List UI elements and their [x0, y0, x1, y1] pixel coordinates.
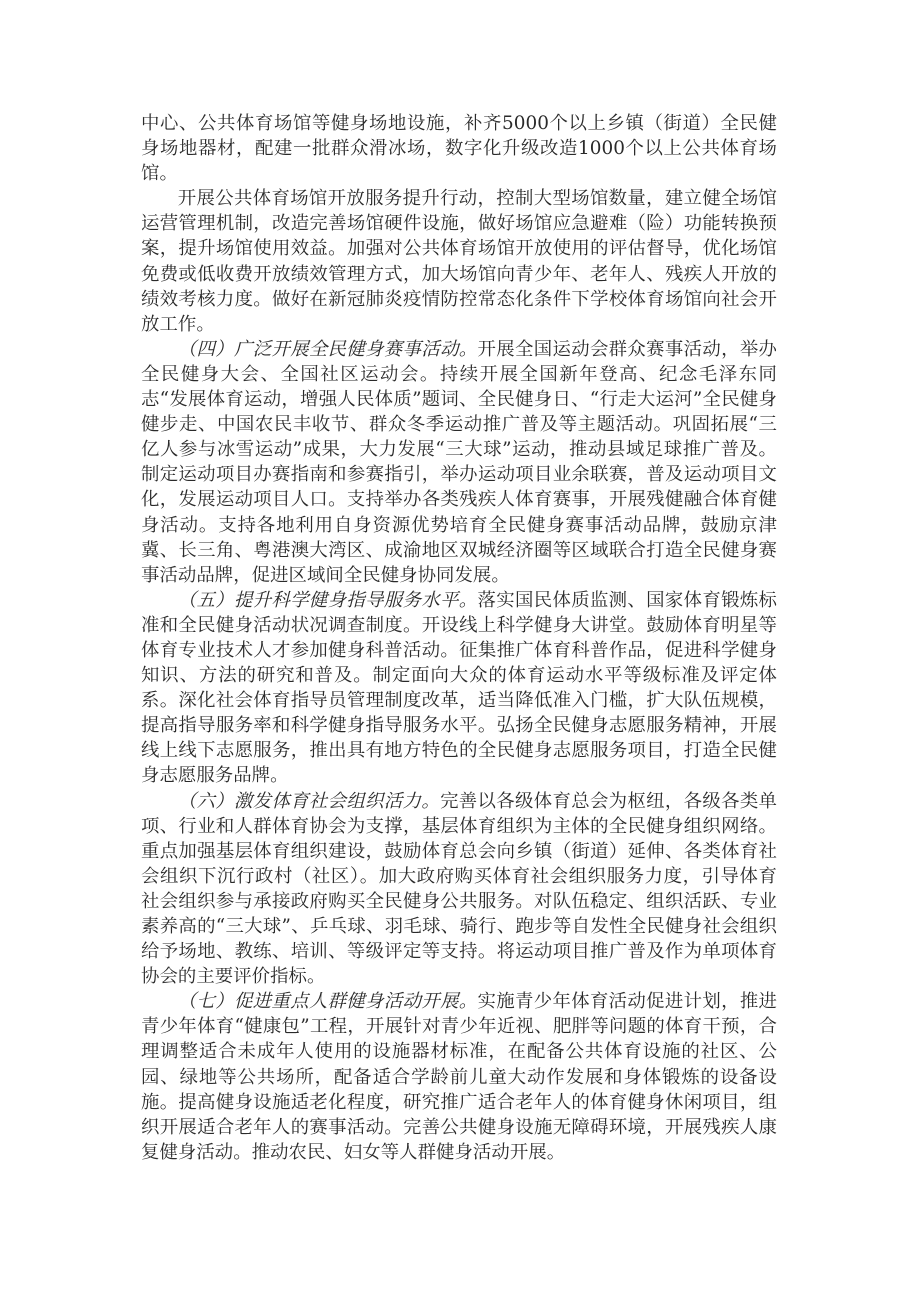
section-heading: （六）激发体育社会组织活力。 [178, 791, 440, 812]
paragraph-facilities-continued: 中心、公共体育场馆等健身场地设施，补齐5000个以上乡镇（街道）全民健身场地器材… [141, 111, 777, 186]
paragraph-text: 中心、公共体育场馆等健身场地设施，补齐5000个以上乡镇（街道）全民健身场地器材… [141, 113, 777, 184]
section-heading: （五）提升科学健身指导服务水平。 [178, 590, 478, 611]
paragraph-section-7-key-groups: （七）促进重点人群健身活动开展。实施青少年体育活动促进计划，推进青少年体育“健康… [141, 989, 777, 1165]
paragraph-section-4-events: （四）广泛开展全民健身赛事活动。开展全国运动会群众赛事活动，举办全民健身大会、全… [141, 337, 777, 588]
document-page: 中心、公共体育场馆等健身场地设施，补齐5000个以上乡镇（街道）全民健身场地器材… [141, 111, 777, 1165]
paragraph-venue-opening: 开展公共体育场馆开放服务提升行动，控制大型场馆数量，建立健全场馆运营管理机制，改… [141, 186, 777, 337]
paragraph-text: 开展全国运动会群众赛事活动，举办全民健身大会、全国社区运动会。持续开展全国新年登… [141, 339, 777, 586]
paragraph-text: 完善以各级体育总会为枢纽，各级各类单项、行业和人群体育协会为支撑，基层体育组织为… [141, 791, 777, 988]
section-heading: （七）促进重点人群健身活动开展。 [178, 991, 478, 1012]
paragraph-section-5-guidance: （五）提升科学健身指导服务水平。落实国民体质监测、国家体育锻炼标准和全民健身活动… [141, 588, 777, 789]
paragraph-text: 落实国民体质监测、国家体育锻炼标准和全民健身活动状况调查制度。开设线上科学健身大… [141, 590, 777, 787]
section-heading: （四）广泛开展全民健身赛事活动。 [178, 339, 478, 360]
paragraph-section-6-organizations: （六）激发体育社会组织活力。完善以各级体育总会为枢纽，各级各类单项、行业和人群体… [141, 789, 777, 990]
paragraph-text: 开展公共体育场馆开放服务提升行动，控制大型场馆数量，建立健全场馆运营管理机制，改… [141, 188, 777, 334]
paragraph-text: 实施青少年体育活动促进计划，推进青少年体育“健康包”工程，开展针对青少年近视、肥… [141, 991, 777, 1163]
